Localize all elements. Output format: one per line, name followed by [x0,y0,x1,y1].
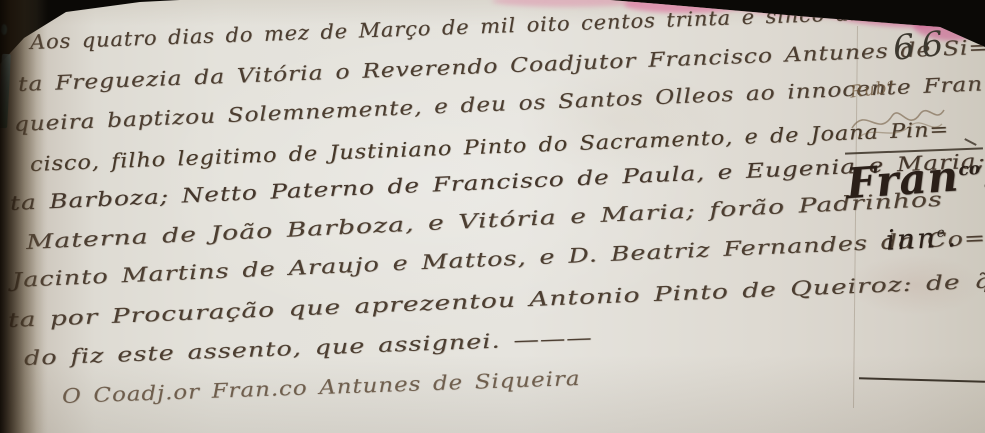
margin-rule-top-tick [964,138,976,146]
register-page: Aos quatro dias do mez de Março de mil o… [0,0,985,433]
adjacent-page-speck [1,24,7,35]
manuscript-line: do fiz este assento, que assignei. ——— [24,325,593,370]
margin-name-base: Fran [844,151,960,208]
margin-name-period: . [979,149,985,199]
margin-name-superscript: co [958,159,981,180]
pink-stain [22,0,86,8]
margin-rule-bottom [859,377,985,383]
rubric-superscript: a [886,78,894,90]
pink-stain [492,0,642,7]
rubric-flourish-icon [848,98,948,144]
priest-signature: O Coadj.or Fran.co Antunes de Siqueira [62,366,581,408]
photo-frame: Aos quatro dias do mez de Março de mil o… [0,0,985,433]
margin-infant-abbreviation: inne. [885,220,958,257]
margin-name-abbreviation: Franco. [844,149,985,208]
margin-note-period: . [946,220,959,254]
margin-note-base: inn [885,221,938,257]
page-number: 66 [891,23,952,69]
